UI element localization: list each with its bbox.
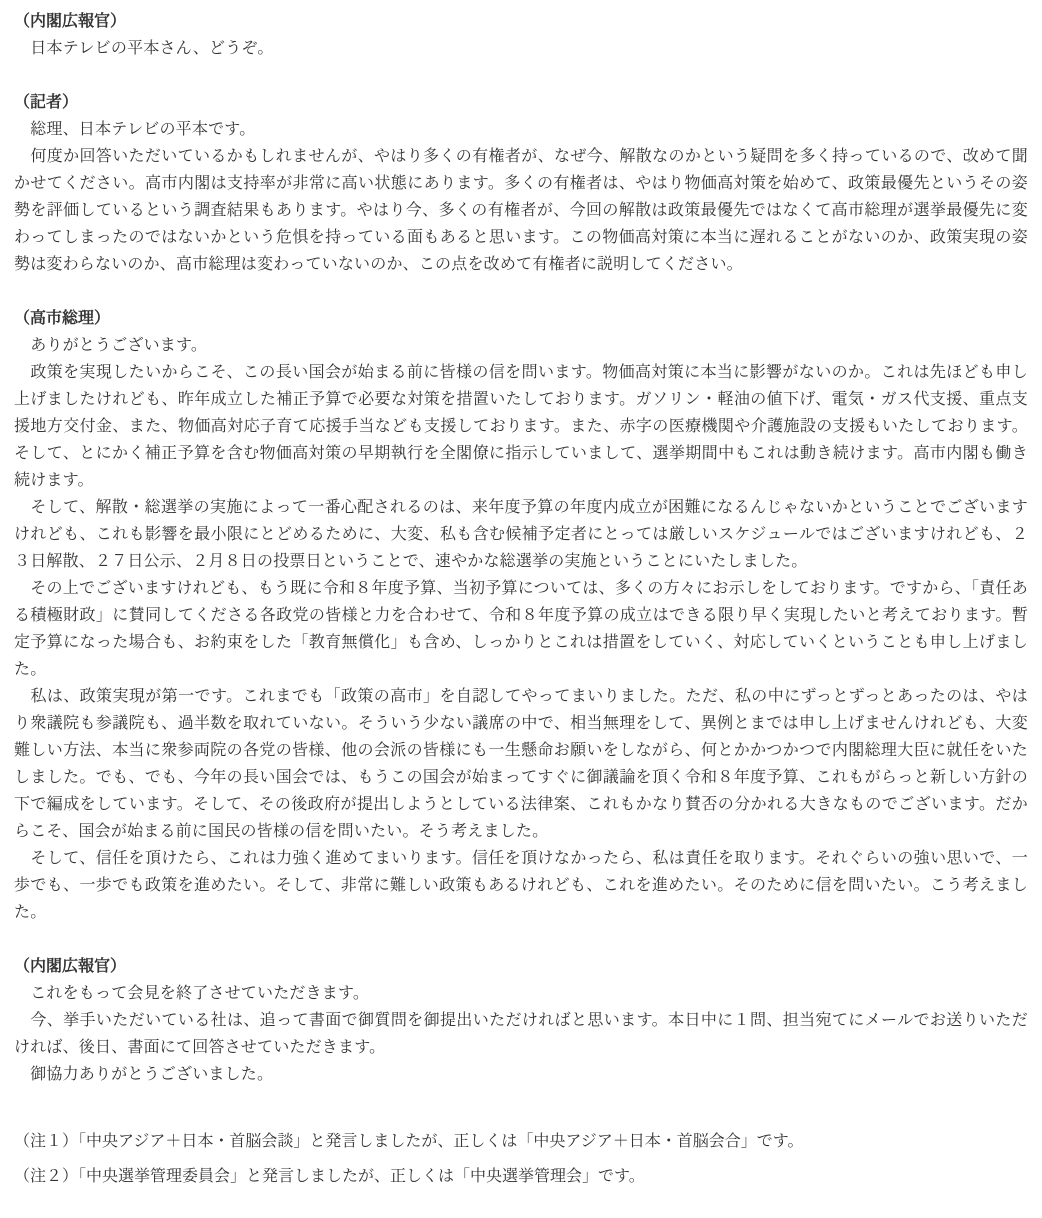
- transcript-paragraph: 総理、日本テレビの平本です。: [14, 116, 1028, 143]
- transcript-paragraph: そして、信任を頂けたら、これは力強く進めてまいります。信任を頂けなかったら、私は…: [14, 845, 1028, 926]
- speaker-label: （内閣広報官）: [14, 953, 1028, 980]
- correction-note: （注２）「中央選挙管理委員会」と発言しましたが、正しくは「中央選挙管理会」です。: [14, 1163, 1028, 1190]
- transcript-paragraph: これをもって会見を終了させていただきます。: [14, 980, 1028, 1007]
- transcript-paragraph: 私は、政策実現が第一です。これまでも「政策の高市」を自認してやってまいりました。…: [14, 683, 1028, 845]
- transcript-paragraph: 何度か回答いただいているかもしれませんが、やはり多くの有権者が、なぜ今、解散なの…: [14, 143, 1028, 278]
- transcript-section: （記者） 総理、日本テレビの平本です。 何度か回答いただいているかもしれませんが…: [14, 89, 1028, 278]
- speaker-label: （内閣広報官）: [14, 8, 1028, 35]
- transcript-paragraph: 御協力ありがとうございました。: [14, 1061, 1028, 1088]
- transcript-paragraph: 今、挙手いただいている社は、追って書面で御質問を御提出いただければと思います。本…: [14, 1007, 1028, 1061]
- transcript-paragraph: その上でございますけれども、もう既に令和８年度予算、当初予算については、多くの方…: [14, 575, 1028, 683]
- transcript-section: （内閣広報官） これをもって会見を終了させていただきます。 今、挙手いただいてい…: [14, 953, 1028, 1088]
- transcript-paragraph: 政策を実現したいからこそ、この長い国会が始まる前に皆様の信を問います。物価高対策…: [14, 359, 1028, 494]
- speaker-label: （高市総理）: [14, 305, 1028, 332]
- correction-notes: （注１）「中央アジア＋日本・首脳会談」と発言しましたが、正しくは「中央アジア＋日…: [14, 1128, 1028, 1190]
- transcript-body: （内閣広報官） 日本テレビの平本さん、どうぞ。（記者） 総理、日本テレビの平本で…: [14, 8, 1028, 1088]
- transcript-paragraph: ありがとうございます。: [14, 332, 1028, 359]
- transcript-section: （高市総理） ありがとうございます。 政策を実現したいからこそ、この長い国会が始…: [14, 305, 1028, 926]
- transcript-paragraph: 日本テレビの平本さん、どうぞ。: [14, 35, 1028, 62]
- press-conference-transcript: （内閣広報官） 日本テレビの平本さん、どうぞ。（記者） 総理、日本テレビの平本で…: [14, 8, 1028, 1190]
- speaker-label: （記者）: [14, 89, 1028, 116]
- transcript-paragraph: そして、解散・総選挙の実施によって一番心配されるのは、来年度予算の年度内成立が困…: [14, 494, 1028, 575]
- correction-note: （注１）「中央アジア＋日本・首脳会談」と発言しましたが、正しくは「中央アジア＋日…: [14, 1128, 1028, 1155]
- transcript-section: （内閣広報官） 日本テレビの平本さん、どうぞ。: [14, 8, 1028, 62]
